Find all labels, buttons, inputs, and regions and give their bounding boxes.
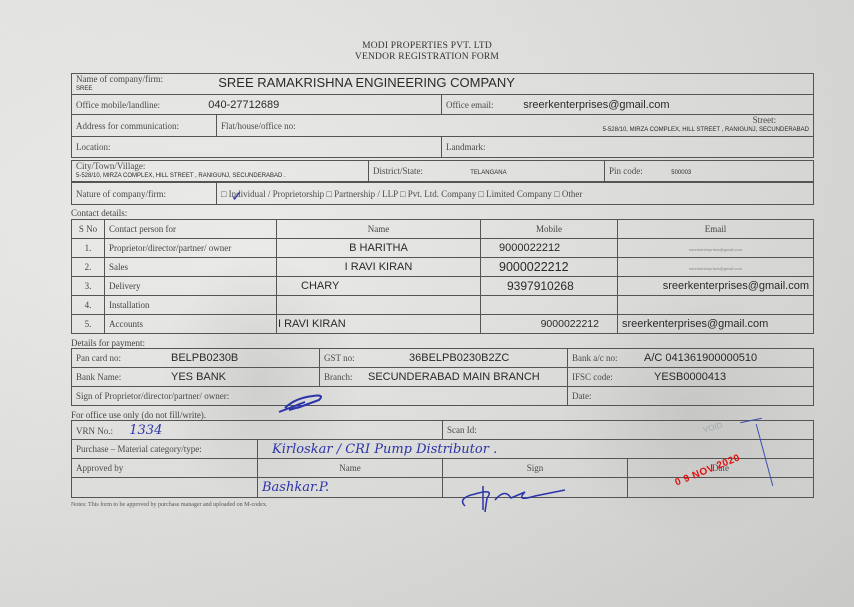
street-label: Street: [753,115,777,125]
district-value: TELANGANA [470,170,506,176]
email-label: Office email: [446,100,521,110]
header-name: Name [368,224,390,234]
row-sno: 1. [85,243,92,253]
city-value: 5-528/10, MIRZA COMPLEX, HILL STREET , R… [76,173,286,179]
scan-label: Scan Id: [447,425,477,435]
mobile-label: Office mobile/landline: [76,100,206,110]
row-name: I RAVI KIRAN [345,261,413,273]
district-label: District/State: [373,166,468,176]
form-header: MODI PROPERTIES PVT. LTD VENDOR REGISTRA… [0,41,854,63]
office-caption: For office use only (do not fill/write). [71,410,206,420]
header-mobile: Mobile [536,224,562,234]
contact-table: S No Contact person for Name Mobile Emai… [71,219,814,334]
owner-sign-label: Sign of Proprietor/director/partner/ own… [76,391,229,401]
company-info-section: Name of company/firm: SREE SREE RAMAKRIS… [71,73,814,158]
vrn-label: VRN No.: [76,426,113,436]
form-title: VENDOR REGISTRATION FORM [0,52,854,63]
row-role: Accounts [109,319,143,329]
checkmark-icon: ✓ [231,189,243,205]
name-header: Name [339,463,361,473]
city-label: City/Town/Village: [76,161,145,171]
header-role: Contact person for [109,224,176,234]
bank-name-value: YES BANK [171,371,226,383]
company-name-value: SREE RAMAKRISHNA ENGINEERING COMPANY [218,75,515,90]
table-row: 5. Accounts I RAVI KIRAN 9000022212 sree… [72,315,814,334]
row-role: Delivery [109,281,141,291]
header-sno: S No [79,224,97,234]
vrn-value: 1334 [129,423,162,438]
nature-options-text: □ Individual / Proprietorship □ Partners… [221,189,582,199]
notes: Notes: This form to be approved by purch… [71,502,267,508]
row-sno: 3. [85,281,92,291]
purchase-label: Purchase – Material category/type: [76,444,202,454]
table-row: 4. Installation [72,296,814,315]
row-name: CHARY [301,280,339,292]
row-email: sreerkenterprises@gmail.com [622,318,768,330]
row-role: Proprietor/director/partner/ owner [109,243,231,253]
pin-label: Pin code: [609,166,669,176]
pan-value: BELPB0230B [171,352,238,364]
company-name-label: Name of company/firm: [76,74,163,84]
row-email: sreerkenterprises@gmail.com [689,266,742,271]
row-role: Sales [109,262,128,272]
purchase-value: Kirloskar / CRI Pump Distributor . [272,442,497,457]
street-value: 5-528/10, MIRZA COMPLEX, HILL STREET , R… [603,127,809,133]
row-sno: 5. [85,319,92,329]
row-mobile: 9000022212 [499,242,560,254]
row-mobile: 9000022212 [541,318,599,330]
approver-signature [455,478,575,512]
row-sno: 2. [85,262,92,272]
branch-label: Branch: [324,372,368,382]
ifsc-label: IFSC code: [572,372,654,382]
header-email: Email [705,224,727,234]
company-name-small: SREE [76,86,92,92]
payment-table: Pan card no:BELPB0230B GST no:36BELPB023… [71,348,814,406]
table-row: 1. Proprietor/director/partner/ owner B … [72,239,814,258]
nature-options[interactable]: □ Individual / Proprietorship □ Partners… [217,183,814,205]
sign-header: Sign [527,463,544,473]
email-value: sreerkenterprises@gmail.com [523,99,669,111]
table-row: 2. Sales I RAVI KIRAN 9000022212 sreerke… [72,258,814,277]
row-name: I RAVI KIRAN [278,318,346,330]
row-name: B HARITHA [349,242,408,254]
gst-value: 36BELPB0230B2ZC [409,352,509,364]
landmark-label: Landmark: [446,142,486,152]
gst-label: GST no: [324,353,409,363]
bank-name-label: Bank Name: [76,372,171,382]
city-section: City/Town/Village: 5-528/10, MIRZA COMPL… [71,160,814,205]
approver-name: Bashkar.P. [262,480,329,495]
company-name-row: Name of company/firm: SREE SREE RAMAKRIS… [72,74,814,95]
owner-signature [275,392,335,416]
mobile-value: 040-27712689 [208,99,279,111]
office-table: VRN No.: 1334 Scan Id: Purchase – Materi… [71,420,814,498]
address-label: Address for communication: [76,121,179,131]
row-email: sreerkenterprises@gmail.com [689,247,742,252]
date-label: Date: [572,391,592,401]
row-sno: 4. [85,300,92,310]
branch-value: SECUNDERABAD MAIN BRANCH [368,371,540,383]
company-title: MODI PROPERTIES PVT. LTD [0,41,854,52]
bank-ac-value: A/C 041361900000510 [644,352,757,364]
approved-label: Approved by [76,463,123,473]
contact-caption: Contact details: [71,208,127,218]
pan-label: Pan card no: [76,353,171,363]
ifsc-value: YESB0000413 [654,371,726,383]
payment-caption: Details for payment: [71,338,145,348]
location-label: Location: [76,142,111,152]
nature-label: Nature of company/firm: [76,189,166,199]
row-mobile: 9397910268 [507,279,574,293]
flat-label: Flat/house/office no: [221,121,296,131]
row-mobile: 9000022212 [499,260,569,274]
table-row: 3. Delivery CHARY 9397910268 sreerkenter… [72,277,814,296]
row-email: sreerkenterprises@gmail.com [663,280,809,292]
pin-value: 500003 [671,170,691,176]
bank-ac-label: Bank a/c no: [572,353,644,363]
row-role: Installation [109,300,150,310]
